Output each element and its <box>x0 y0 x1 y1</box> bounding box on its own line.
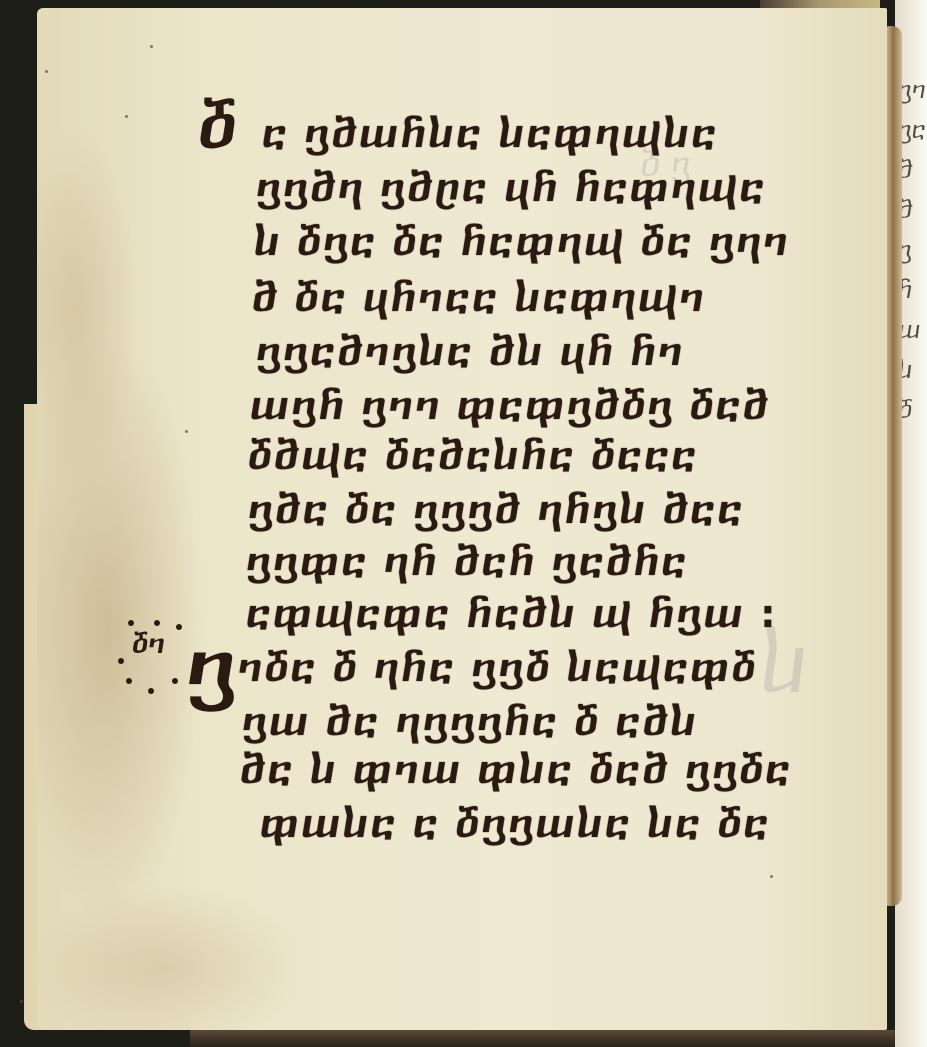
leaf-fragment: ⴌ <box>898 270 927 310</box>
adjacent-leaf-text: ⴂⴈ ⴂⴀ ⴋ ⴋ ⴂ ⴌ ⴍ ⴑ ⴃ <box>898 70 927 430</box>
dot <box>176 624 182 630</box>
leaf-fragment: ⴂⴀ <box>898 110 927 150</box>
text-line: ⴀⴔⴓⴀⴔⴀ ⴌⴀⴋⴑ ⴓ ⴌⴂⴍ : <box>246 592 777 636</box>
show-through-initial: ⴑ <box>760 640 807 690</box>
text-line: ⴈⴃⴀ ⴃ ⴄⴌⴀ ⴂⴂⴃ ⴑⴀⴓⴀⴔⴃ <box>238 646 758 690</box>
leaf-fragment: ⴋ <box>898 150 927 190</box>
marginal-note-text: ⴃⴈ <box>132 630 165 660</box>
text-line: ⴂⴂⴋⴄ ⴂⴋⴚⴀ ⴗⴌ ⴌⴀⴔⴄⴓⴀ <box>256 166 767 210</box>
text-line: ⴋ ⴃⴀ ⴗⴌⴈⴀⴀ ⴑⴀⴔⴄⴓⴈ <box>252 276 706 320</box>
speck <box>20 1000 23 1003</box>
leaf-fragment: ⴑ <box>898 350 927 390</box>
speck <box>150 45 153 48</box>
book-bottom-edge <box>190 1030 927 1047</box>
speck <box>125 115 128 118</box>
speck <box>185 430 188 433</box>
text-line: ⴔⴍⴑⴀ ⴀ ⴃⴂⴂⴍⴑⴀ ⴑⴀ ⴃⴀ <box>260 802 771 846</box>
dot <box>118 658 124 664</box>
leaf-fragment: ⴂ <box>898 230 927 270</box>
text-line: ⴋⴀ ⴑ ⴔⴈⴍ ⴔⴑⴀ ⴃⴀⴋ ⴂⴂⴃⴀ <box>240 748 792 792</box>
text-line: ⴂⴍ ⴋⴀ ⴄⴂⴂⴂⴌⴀ ⴃ ⴀⴋⴑ <box>242 700 698 744</box>
initial-letter: ⴃ <box>198 96 237 158</box>
dot <box>148 688 154 694</box>
leaf-fragment: ⴋ <box>898 190 927 230</box>
text-line: ⴂⴋⴀ ⴃⴀ ⴂⴂⴂⴋ ⴄⴌⴂⴑ ⴋⴀⴀ <box>248 488 745 532</box>
text-line: ⴑ ⴃⴂⴀ ⴃⴀ ⴌⴀⴔⴄⴓ ⴃⴀ ⴂⴄⴈ <box>254 220 790 264</box>
leaf-fragment: ⴃ <box>898 390 927 430</box>
dot <box>128 620 134 626</box>
text-line: ⴂⴂⴀⴋⴈⴂⴑⴀ ⴋⴑ ⴗⴌ ⴌⴈ <box>256 330 685 374</box>
text-line: ⴃⴋⴓⴀ ⴃⴀⴋⴀⴑⴌⴀ ⴃⴀⴀⴀ <box>248 434 699 478</box>
text-line: ⴂⴂⴔⴀ ⴄⴌ ⴋⴀⴌ ⴂⴀⴋⴌⴀ <box>246 540 689 584</box>
dot <box>126 678 132 684</box>
leaf-fragment: ⴂⴈ <box>898 70 927 110</box>
leaf-fragment: ⴍ <box>898 310 927 350</box>
dot <box>154 620 160 626</box>
text-line: ⴀ ⴂⴋⴍⴌⴑⴀ ⴑⴀⴔⴄⴓⴑⴀ <box>262 112 719 156</box>
text-line: ⴍⴂⴌ ⴂⴈⴈ ⴔⴀⴔⴂⴋⴃⴂ ⴃⴀⴋ <box>250 384 770 428</box>
speck <box>45 70 48 73</box>
speck <box>770 875 773 878</box>
marginal-note: ⴃⴈ <box>118 612 188 692</box>
chapter-initial: ⴂ <box>186 630 236 706</box>
dot <box>172 678 178 684</box>
